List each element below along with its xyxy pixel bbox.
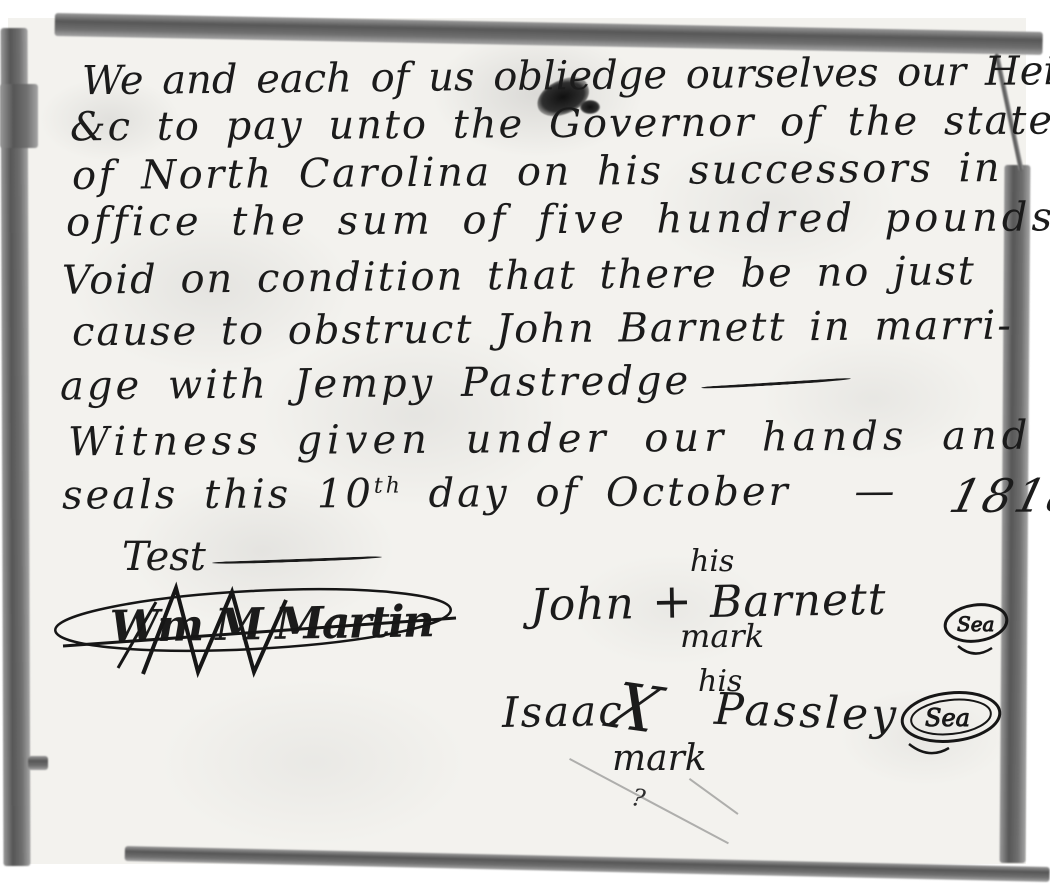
svg-text:Sea: Sea xyxy=(957,612,994,636)
document-line: &c to pay unto the Governor of the state xyxy=(70,100,1050,149)
document-scan: We and each of us obliedge ourselves our… xyxy=(0,0,1050,891)
document-line: Void on condition that there be no just xyxy=(62,250,976,302)
document-line: office the sum of five hundred pounds xyxy=(66,196,1050,243)
signature-flourish xyxy=(48,572,478,692)
scan-edge-left xyxy=(1,28,31,866)
date-year: 1818 xyxy=(945,471,1050,520)
signer-given-name: John xyxy=(530,578,636,631)
date-line-post: day of October xyxy=(428,469,790,517)
document-line: age with Jempy Pastredge xyxy=(60,359,852,408)
scan-edge-left-blob xyxy=(0,84,38,148)
seal-flourish: Sea xyxy=(938,596,1016,660)
flourish-stroke xyxy=(701,377,851,390)
signer-surname: Passley xyxy=(713,687,899,740)
document-line: Witness given under our hands and xyxy=(68,415,1033,464)
document-line: of North Carolina on his successors in xyxy=(72,147,1002,197)
document-line: We and each of us obliedge ourselves our… xyxy=(82,50,1050,103)
mark-label: mark xyxy=(612,740,707,778)
his-label: his xyxy=(690,546,734,578)
date-line: seals this 10th day of October — 1818 xyxy=(62,463,1050,517)
scan-edge-smudge xyxy=(28,756,48,770)
svg-text:Sea: Sea xyxy=(925,704,970,732)
date-dash: — xyxy=(854,468,897,514)
date-superscript: th xyxy=(374,474,403,499)
witness-signature-block: Wm M Martin xyxy=(48,572,478,692)
flourish-stroke xyxy=(212,555,382,565)
document-line-text: age with Jempy Pastredge xyxy=(60,358,692,410)
seal-flourish: Sea xyxy=(895,684,1007,760)
date-line-pre: seals this 10 xyxy=(62,471,374,519)
document-line: cause to obstruct John Barnett in marri- xyxy=(72,305,1013,354)
mark-label: mark xyxy=(680,620,764,654)
